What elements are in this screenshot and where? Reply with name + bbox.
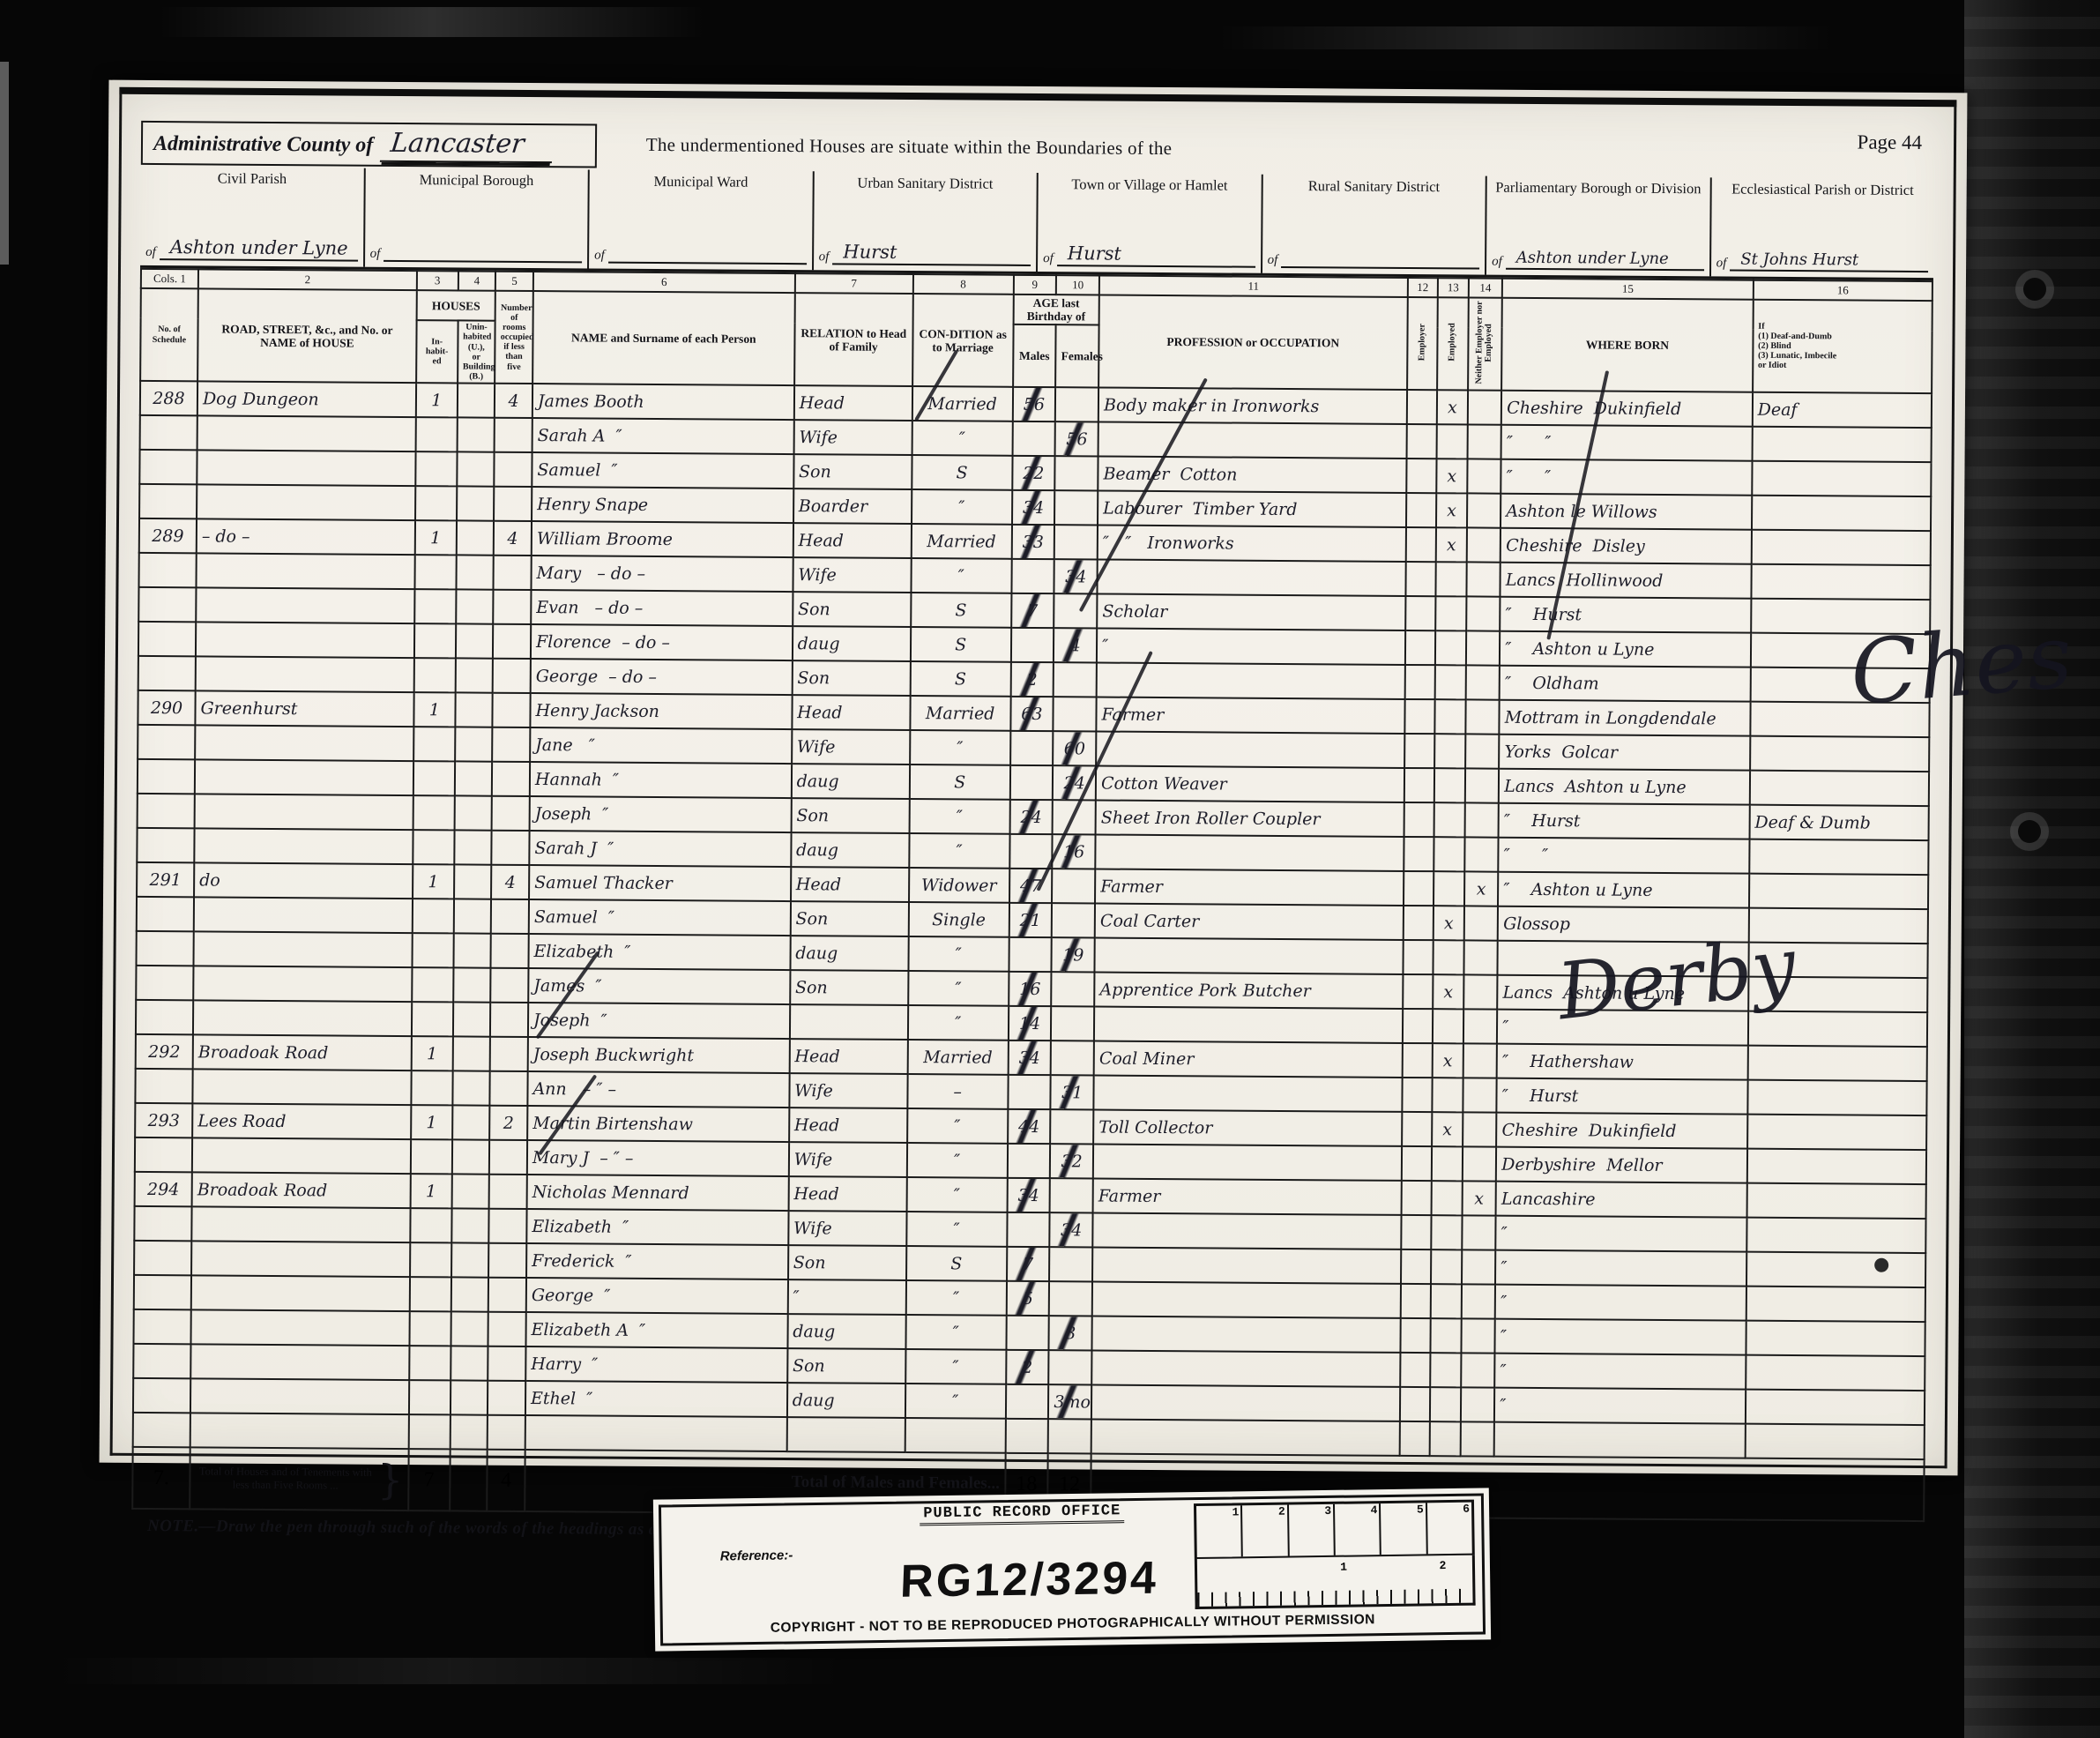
cell-age-female: [1054, 663, 1097, 697]
cell-schedule: [138, 759, 195, 794]
cell-where-born: Cheshire Dukinfield: [1496, 1113, 1747, 1149]
cell-schedule: [136, 1000, 193, 1034]
cell-where-born: Lancs Hollinwood: [1501, 563, 1752, 599]
ruler-number: 6: [1463, 1503, 1470, 1516]
cell-inhabited: [411, 1070, 452, 1105]
film-edge-strip: [1964, 0, 2100, 1738]
cell-employer: [1403, 1009, 1434, 1043]
cell-rooms: 2: [489, 1106, 527, 1140]
col-num: 14: [1468, 278, 1502, 297]
cell-inhabited: [409, 1311, 451, 1346]
cell-condition: ″: [905, 1384, 1006, 1419]
cell-inhabited: [414, 555, 456, 589]
cell-occupation: [1096, 732, 1404, 768]
situate-text: The undermentioned Houses are situate wi…: [646, 134, 1173, 160]
totals-brace: }: [377, 1456, 404, 1503]
totals-houses-cell: Total of Houses and of Tenements with le…: [190, 1448, 408, 1511]
cell-rooms: [492, 831, 530, 865]
cell-condition: Married: [910, 696, 1010, 731]
cell-age-female: 4: [1054, 629, 1097, 663]
cell-infirmity: [1748, 977, 1928, 1012]
cell-schedule: [138, 587, 196, 622]
cell-schedule: [136, 931, 193, 966]
cell-where-born: ″ Hurst: [1497, 1078, 1748, 1115]
cell-age-female: [1055, 457, 1098, 491]
cell-condition: ″: [912, 489, 1012, 525]
cell-employed: x: [1436, 528, 1467, 563]
cell-age-female: 60: [1053, 732, 1096, 766]
cell-schedule: [135, 1138, 192, 1172]
cell-neither: [1467, 425, 1501, 459]
cell-condition: S: [911, 593, 1011, 628]
cell-address: [195, 760, 413, 796]
cell-schedule: [135, 1069, 192, 1103]
cell-schedule: [133, 1378, 190, 1413]
cell-condition: –: [907, 1074, 1008, 1109]
district-label: Urban Sanitary District: [819, 175, 1031, 193]
cell-address: [196, 588, 414, 624]
cell-employed: x: [1437, 391, 1468, 425]
cell-employed: x: [1433, 975, 1463, 1010]
cell-rooms: [494, 487, 532, 521]
cell-inhabited: [410, 1242, 451, 1277]
cell-inhabited: [409, 1380, 451, 1414]
cell-schedule: 294: [135, 1172, 192, 1206]
cell-name: Samuel Thacker: [529, 865, 791, 901]
cell-condition: ″: [909, 799, 1009, 834]
cell-neither: [1463, 941, 1498, 975]
cell-condition: ″: [907, 1143, 1008, 1178]
cell-age-female: [1052, 903, 1095, 937]
cell-name: Sarah A ″: [532, 418, 794, 454]
cell-rooms: 4: [491, 865, 529, 899]
col-num: 5: [495, 272, 533, 291]
cell-age-male: 63: [1010, 697, 1054, 731]
cell-relation: [790, 1004, 908, 1040]
cell-schedule: [138, 794, 195, 828]
cell-condition: ″: [906, 1177, 1007, 1212]
cell-uninhabited: [455, 727, 493, 762]
cell-where-born: Cheshire Dukinfield: [1501, 391, 1753, 427]
cell-infirmity: [1746, 1218, 1926, 1253]
header-uninhabited: Unin-habited (U.), or Building (B.): [458, 321, 495, 384]
cell-age-female: [1052, 869, 1095, 903]
cell-rooms: [489, 1140, 527, 1175]
cell-rooms: [489, 1175, 527, 1209]
cell-employer: [1404, 665, 1435, 699]
cell-address: [192, 1070, 411, 1106]
cell-address: [190, 1414, 409, 1450]
cell-schedule: [133, 1309, 190, 1344]
cell-name: [525, 1415, 787, 1451]
cell-relation: Head: [792, 695, 910, 730]
cell-address: [191, 1276, 410, 1312]
cell-infirmity: [1750, 736, 1930, 772]
cell-rooms: [491, 899, 529, 934]
cell-occupation: [1098, 422, 1407, 459]
of-label: of: [1716, 256, 1727, 271]
cell-schedule: [133, 1344, 190, 1378]
cell-neither: [1463, 906, 1498, 941]
total-rooms: 4: [487, 1450, 525, 1511]
header-employed-text: Employed: [1448, 324, 1457, 362]
cell-employed: [1434, 872, 1464, 906]
cell-occupation: [1092, 1317, 1401, 1353]
cell-occupation: [1092, 1213, 1401, 1249]
copyright-notice: COPYRIGHT - NOT TO BE REPRODUCED PHOTOGR…: [663, 1611, 1483, 1638]
cell-uninhabited: [452, 1071, 490, 1106]
cell-schedule: [134, 1206, 191, 1241]
col-num: 6: [533, 272, 795, 293]
cell-age-male: 33: [1011, 525, 1054, 559]
cell-address: [194, 898, 413, 934]
cell-infirmity: [1750, 668, 1930, 703]
cell-condition: ″: [910, 730, 1010, 765]
cell-infirmity: [1752, 427, 1932, 462]
cell-address: [191, 1207, 410, 1243]
cell-rooms: [495, 418, 532, 452]
cell-employer: [1404, 837, 1434, 871]
of-label: of: [1492, 255, 1502, 270]
cell-rooms: [489, 1209, 527, 1243]
cell-rooms: 4: [494, 521, 532, 556]
cell-employed: [1431, 1250, 1462, 1285]
district-value-handwritten: Hurst: [1057, 242, 1255, 268]
ruler-box: 5: [1381, 1503, 1427, 1555]
cell-rooms: [490, 1071, 528, 1106]
cell-name: Samuel ″: [529, 899, 791, 936]
film-scratch: [159, 7, 705, 37]
district-municipal-ward: Municipal Ward of: [589, 169, 814, 270]
cell-condition: S: [910, 765, 1010, 800]
cell-inhabited: [414, 658, 456, 692]
cell-neither: [1462, 1147, 1496, 1182]
cell-age-male: [1010, 628, 1054, 662]
cell-employed: [1437, 425, 1468, 459]
of-label: of: [1268, 253, 1278, 268]
cell-relation: daug: [790, 936, 908, 971]
cell-neither: [1462, 1216, 1496, 1250]
cell-inhabited: 1: [415, 520, 457, 555]
cell-rooms: [488, 1381, 525, 1415]
cell-condition: ″: [905, 1349, 1006, 1384]
cell-neither: [1461, 1285, 1495, 1319]
cell-condition: ″: [908, 971, 1009, 1006]
cell-uninhabited: [452, 1106, 490, 1140]
cell-employed: [1430, 1422, 1461, 1457]
cell-schedule: 291: [137, 862, 194, 897]
cell-infirmity: Deaf & Dumb: [1749, 805, 1929, 840]
cell-age-female: [1050, 1109, 1093, 1144]
cell-where-born: Mottram in Longdendale: [1500, 700, 1751, 736]
cell-uninhabited: [456, 590, 494, 624]
totals-houses-label: Total of Houses and of Tenements with le…: [195, 1466, 376, 1493]
cell-address: [190, 1379, 409, 1415]
cell-occupation: Coal Carter: [1095, 904, 1404, 940]
cell-relation: Son: [788, 1245, 906, 1280]
cell-infirmity: [1747, 1046, 1927, 1081]
cell-inhabited: [414, 623, 456, 658]
cell-occupation: [1094, 1007, 1403, 1043]
cell-inhabited: 1: [413, 864, 454, 899]
cell-rooms: [493, 693, 531, 727]
header-males: Males: [1013, 324, 1056, 387]
district-value-handwritten: St Johns Hurst: [1730, 250, 1928, 273]
film-scratch: [1217, 26, 1834, 49]
cell-occupation: [1097, 663, 1405, 699]
cell-address: [191, 1310, 410, 1346]
cell-occupation: [1092, 1248, 1401, 1284]
cell-rooms: [493, 659, 531, 693]
cell-employer: [1406, 459, 1437, 493]
cell-employer: [1404, 699, 1435, 734]
cell-infirmity: [1747, 1115, 1927, 1150]
cell-where-born: ″ Ashton u Lyne: [1500, 631, 1751, 668]
cell-schedule: 288: [140, 381, 197, 415]
cell-inhabited: 1: [412, 1036, 453, 1070]
cell-inhabited: [413, 761, 455, 795]
cell-age-female: [1054, 594, 1098, 629]
ink-blot: [1874, 1258, 1888, 1272]
cell-age-female: 3: [1049, 1316, 1092, 1350]
cell-address: [193, 966, 412, 1003]
cell-inhabited: [414, 589, 456, 623]
cell-where-born: ″ Ashton u Lyne: [1498, 872, 1749, 908]
cell-address: Greenhurst: [195, 691, 413, 727]
cell-age-female: 3mo: [1048, 1384, 1091, 1419]
cell-relation: Head: [789, 1039, 907, 1074]
cell-age-male: 16: [1009, 972, 1052, 1006]
col-num: 3: [417, 271, 458, 290]
cell-schedule: [133, 1413, 190, 1447]
cell-infirmity: [1750, 771, 1930, 806]
cell-neither: [1464, 803, 1499, 838]
cell-neither: [1463, 1010, 1498, 1044]
cell-employer: [1404, 871, 1434, 906]
cell-occupation: [1093, 1076, 1402, 1112]
cell-relation: Wife: [792, 729, 910, 765]
header-name: NAME and Surname of each Person: [532, 291, 794, 385]
header-where-born: WHERE BORN: [1501, 298, 1753, 392]
cell-schedule: [139, 484, 197, 518]
cell-employed: [1434, 735, 1465, 769]
pro-office-title: PUBLIC RECORD OFFICE: [920, 1503, 1124, 1525]
cell-inhabited: 1: [411, 1105, 452, 1139]
cell-uninhabited: [454, 865, 492, 899]
cell-age-male: 24: [1009, 800, 1053, 834]
ruler-number: 4: [1370, 1503, 1377, 1517]
cell-name: Hannah ″: [530, 762, 792, 798]
cell-rooms: [488, 1415, 525, 1450]
cell-where-born: ″ Hathershaw: [1497, 1044, 1748, 1080]
census-table-head: Cols. 1 2 3 4 5 6 7 8 9 10 11 12 13 14 1…: [140, 269, 1932, 394]
cell-age-male: [1009, 765, 1053, 800]
cell-neither: [1464, 838, 1499, 872]
cell-where-born: ″: [1497, 1010, 1748, 1046]
census-table: Cols. 1 2 3 4 5 6 7 8 9 10 11 12 13 14 1…: [131, 268, 1933, 1523]
page-number: Page 44: [1857, 131, 1922, 155]
col-num: 11: [1099, 276, 1408, 297]
district-municipal-borough: Municipal Borough of: [365, 168, 590, 269]
cell-age-female: 31: [1051, 1075, 1094, 1109]
cell-condition: ″: [906, 1280, 1007, 1316]
cell-neither: [1464, 769, 1499, 803]
reference-label: Reference:-: [720, 1548, 793, 1563]
cell-inhabited: 1: [413, 692, 455, 727]
cell-inhabited: [412, 933, 453, 967]
cell-neither: [1463, 1044, 1497, 1078]
cell-name: Elizabeth ″: [528, 934, 790, 970]
of-label: of: [145, 245, 156, 260]
col-num: 2: [198, 269, 417, 290]
cell-occupation: Apprentice Pork Butcher: [1094, 973, 1403, 1009]
cell-name: Harry ″: [525, 1346, 787, 1383]
cell-infirmity: [1746, 1355, 1925, 1391]
district-rural-sanitary: Rural Sanitary District of: [1262, 175, 1487, 275]
cell-rooms: [491, 934, 529, 968]
cell-employed: [1434, 700, 1465, 735]
cell-occupation: Scholar: [1097, 594, 1405, 630]
cell-address: [195, 794, 413, 831]
cell-infirmity: [1750, 702, 1930, 737]
header-employer-text: Employer: [1418, 324, 1427, 361]
cell-relation: Wife: [788, 1211, 906, 1246]
film-scratch: [0, 62, 9, 265]
cell-age-female: 56: [1055, 422, 1098, 457]
cell-rooms: [493, 624, 531, 659]
cell-employer: [1403, 940, 1434, 974]
col-num: 4: [458, 271, 495, 290]
cell-age-female: [1053, 800, 1096, 834]
cell-relation: Son: [790, 901, 908, 936]
cell-where-born: Lancs Ashton u Lyne: [1499, 769, 1750, 805]
cell-employed: [1431, 1319, 1462, 1354]
cell-employer: [1406, 493, 1437, 527]
cell-employer: [1405, 596, 1436, 630]
col-num: Cols. 1: [141, 269, 198, 288]
header-road: ROAD, STREET, &c., and No. or NAME of HO…: [197, 288, 417, 383]
cell-employed: [1430, 1354, 1461, 1388]
cell-address: [194, 932, 413, 968]
cell-employer: [1402, 1078, 1433, 1112]
cell-condition: [905, 1418, 1005, 1453]
cell-schedule: 292: [136, 1034, 193, 1069]
cell-employed: [1434, 769, 1465, 803]
cell-age-male: [1009, 834, 1053, 869]
ruler-boxes: 1 2 3 4 5 6: [1194, 1500, 1475, 1559]
cell-where-born: [1494, 1422, 1746, 1458]
cell-neither: [1463, 1078, 1497, 1113]
cell-infirmity: [1752, 461, 1932, 496]
cell-age-male: [1012, 421, 1055, 456]
cell-inhabited: [415, 451, 457, 486]
cell-occupation: [1091, 1385, 1400, 1421]
district-value-handwritten: [1281, 265, 1479, 270]
cell-uninhabited: [456, 521, 494, 556]
col-num: 8: [913, 274, 1014, 295]
cell-name: Joseph ″: [528, 1003, 790, 1039]
cell-condition: ″: [912, 421, 1012, 456]
col-num: 10: [1056, 275, 1099, 295]
cell-schedule: [134, 1241, 191, 1275]
cell-uninhabited: [451, 1209, 489, 1243]
ruler-inch-label: 1: [1340, 1561, 1347, 1574]
cell-age-female: [1049, 1281, 1092, 1316]
cell-age-male: [1007, 1212, 1050, 1247]
cell-age-female: [1055, 388, 1098, 422]
cell-uninhabited: [451, 1140, 489, 1175]
header-employer: Employer: [1407, 297, 1438, 391]
cell-employer: [1400, 1387, 1431, 1421]
cell-employed: x: [1433, 1044, 1463, 1078]
district-value-handwritten: Hurst: [832, 241, 1031, 266]
ruler-box: 1: [1196, 1505, 1243, 1557]
cell-where-born: Glossop: [1498, 906, 1749, 943]
cell-rooms: [488, 1278, 526, 1312]
cell-uninhabited: [454, 762, 492, 796]
cell-address: [197, 485, 415, 521]
district-label: Municipal Ward: [595, 174, 808, 192]
cell-employer: [1406, 424, 1437, 459]
cell-employer: [1406, 390, 1437, 424]
cell-name: George ″: [526, 1278, 788, 1314]
cell-uninhabited: [452, 1037, 490, 1071]
cell-neither: [1463, 975, 1498, 1010]
cell-rooms: [491, 968, 529, 1003]
cell-age-male: 21: [1009, 903, 1052, 937]
cell-address: [197, 451, 415, 487]
cell-relation: Son: [792, 660, 910, 696]
cell-occupation: [1092, 1282, 1401, 1318]
cell-name: George – do –: [531, 659, 793, 695]
header-neither: Neither Employer nor Employed: [1468, 297, 1502, 391]
cell-condition: ″: [908, 936, 1009, 972]
cell-inhabited: [413, 795, 454, 830]
cell-name: Elizabeth A ″: [525, 1312, 787, 1348]
cell-neither: x: [1462, 1182, 1496, 1216]
cell-uninhabited: [457, 418, 495, 452]
cell-uninhabited: [455, 659, 493, 693]
cell-employer: [1402, 1112, 1433, 1146]
cell-age-male: 34: [1012, 490, 1055, 525]
total-schedules: 7.: [132, 1447, 190, 1509]
cell-relation: Head: [791, 867, 909, 902]
cell-age-male: 47: [1009, 869, 1053, 903]
cell-condition: ″: [908, 1005, 1009, 1041]
cell-age-male: [1008, 1075, 1051, 1109]
cell-age-male: 34: [1008, 1041, 1051, 1075]
cell-infirmity: [1751, 599, 1931, 634]
cell-address: [196, 623, 414, 659]
cell-occupation: Toll Collector: [1093, 1110, 1402, 1146]
cell-where-born: ″: [1495, 1319, 1746, 1355]
cell-schedule: [136, 966, 193, 1000]
col-num: 7: [795, 273, 913, 294]
cell-name: Joseph ″: [530, 796, 792, 832]
cell-schedule: [138, 553, 196, 587]
cell-address: [192, 1138, 411, 1175]
stamp-ruler: 1 2 3 4 5 6 1 2: [1194, 1500, 1476, 1611]
cell-relation: Wife: [793, 420, 912, 455]
cell-uninhabited: [457, 384, 495, 418]
cell-infirmity: [1751, 530, 1931, 565]
cell-relation: Head: [789, 1108, 907, 1143]
cell-name: Ethel ″: [525, 1381, 787, 1417]
header-occupation: PROFESSION or OCCUPATION: [1098, 295, 1407, 391]
cell-neither: [1467, 391, 1501, 425]
header-rooms: Number of rooms occupied if less than fi…: [495, 291, 532, 384]
cell-age-female: [1048, 1419, 1091, 1453]
